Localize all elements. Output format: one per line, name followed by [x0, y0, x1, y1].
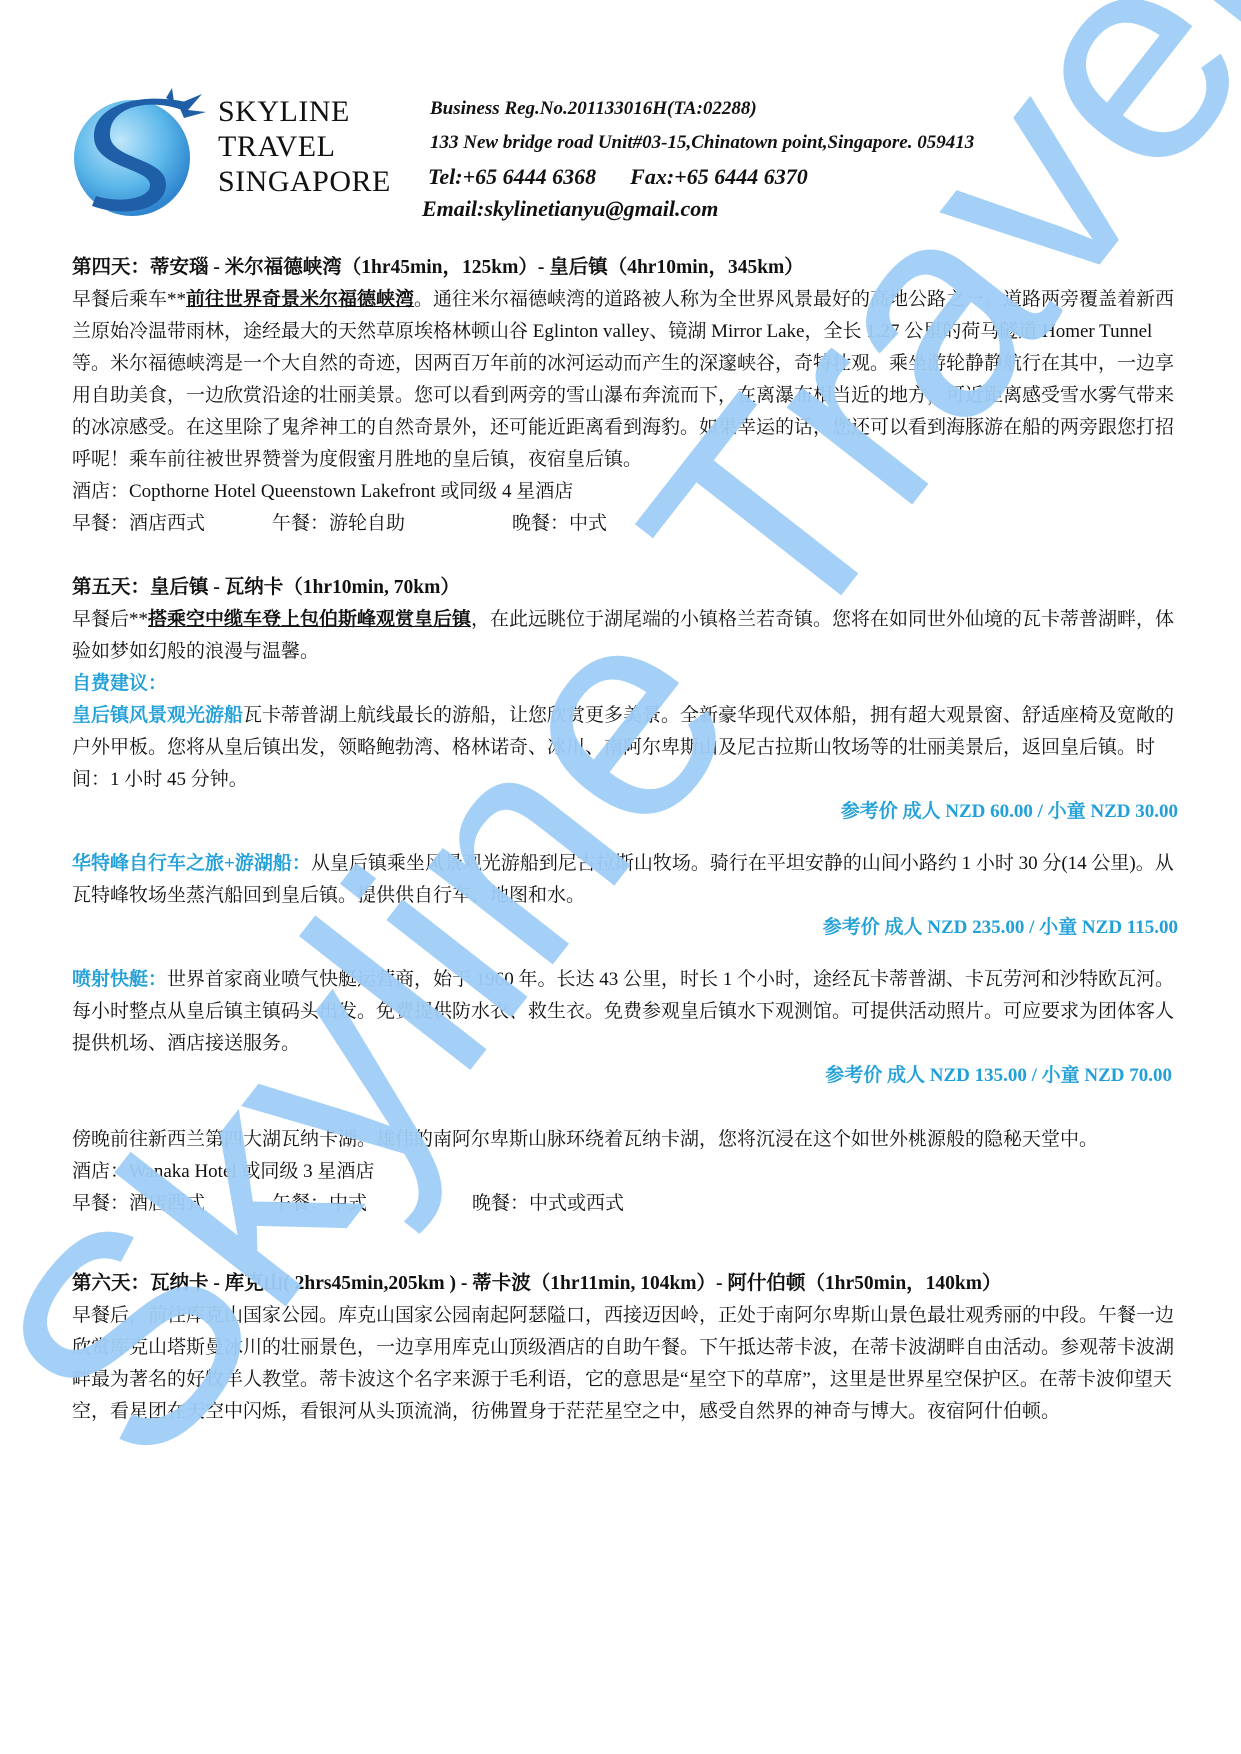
- business-reg: Business Reg.No.201133016H(TA:02288): [430, 98, 757, 120]
- day-5-dinner: 晚餐：中式或西式: [472, 1188, 624, 1220]
- day-5-breakfast: 早餐：酒店西式: [72, 1188, 272, 1220]
- dragon-s-logo-icon: [70, 88, 210, 228]
- letterhead: SKYLINE TRAVEL SINGAPORE Business Reg.No…: [70, 88, 1190, 228]
- day-6-title: 第六天：瓦纳卡 - 库克山( 2hrs45min,205km ) - 蒂卡波（1…: [72, 1268, 1182, 1300]
- email: Email:skylinetianyu@gmail.com: [422, 196, 718, 222]
- company-name-line-1: SKYLINE: [218, 94, 391, 129]
- day-4-highlight: 前往世界奇景米尔福德峡湾: [186, 289, 414, 310]
- day-5-evening: 傍晚前往新西兰第四大湖瓦纳卡湖。雄伟的南阿尔卑斯山脉环绕着瓦纳卡湖，您将沉浸在这…: [72, 1124, 1182, 1156]
- spacer: [72, 944, 1182, 964]
- day-4-meals: 早餐：酒店西式午餐：游轮自助晚餐：中式: [72, 508, 1182, 540]
- day-5-highlight: 搭乘空中缆车登上包伯斯峰观赏皇后镇: [148, 609, 471, 630]
- company-name-line-2: TRAVEL: [218, 129, 391, 164]
- optional-activity-price: 参考价 成人 NZD 60.00 / 小童 NZD 30.00: [72, 796, 1182, 828]
- day-5-lunch: 午餐：中式: [272, 1188, 472, 1220]
- phone-fax: Tel:+65 6444 6368Fax:+65 6444 6370: [428, 164, 808, 190]
- day-4-breakfast: 早餐：酒店西式: [72, 508, 272, 540]
- day-6-description: 早餐后，前往库克山国家公园。库克山国家公园南起阿瑟隘口，西接迈因岭，正处于南阿尔…: [72, 1300, 1182, 1428]
- optional-activity-desc: 世界首家商业喷气快艇运营商，始于 1960 年。长达 43 公里，时长 1 个小…: [72, 969, 1174, 1054]
- day-4-lunch: 午餐：游轮自助: [272, 508, 512, 540]
- spacer: [72, 540, 1182, 572]
- day-4-section: 第四天：蒂安瑙 - 米尔福德峡湾（1hr45min，125km）- 皇后镇（4h…: [72, 252, 1182, 540]
- optional-activity-price: 参考价 成人 NZD 135.00 / 小童 NZD 70.00: [72, 1060, 1182, 1092]
- day-5-description: 早餐后**搭乘空中缆车登上包伯斯峰观赏皇后镇，在此远眺位于湖尾端的小镇格兰若奇镇…: [72, 604, 1182, 668]
- spacer: [72, 1092, 1182, 1124]
- spacer: [72, 828, 1182, 848]
- company-name-line-3: SINGAPORE: [218, 164, 391, 199]
- optional-activity-name: 喷射快艇：: [72, 969, 167, 990]
- day-6-section: 第六天：瓦纳卡 - 库克山( 2hrs45min,205km ) - 蒂卡波（1…: [72, 1268, 1182, 1428]
- tel: Tel:+65 6444 6368: [428, 164, 596, 189]
- day-5-intro-prefix: 早餐后**: [72, 609, 148, 630]
- optional-activity: 喷射快艇：世界首家商业喷气快艇运营商，始于 1960 年。长达 43 公里，时长…: [72, 964, 1182, 1092]
- day-5-section: 第五天：皇后镇 - 瓦纳卡（1hr10min, 70km） 早餐后**搭乘空中缆…: [72, 572, 1182, 1220]
- optional-activities-label: 自费建议：: [72, 668, 1182, 700]
- optional-activity-price: 参考价 成人 NZD 235.00 / 小童 NZD 115.00: [72, 912, 1182, 944]
- day-4-hotel: 酒店：Copthorne Hotel Queenstown Lakefront …: [72, 476, 1182, 508]
- optional-activity: 皇后镇风景观光游船瓦卡蒂普湖上航线最长的游船，让您欣赏更多美景。全新豪华现代双体…: [72, 700, 1182, 828]
- day-4-intro-prefix: 早餐后乘车**: [72, 289, 186, 310]
- day-4-body: 。通往米尔福德峡湾的道路被人称为全世界风景最好的高地公路之一。道路两旁覆盖着新西…: [72, 289, 1174, 470]
- address: 133 New bridge road Unit#03-15,Chinatown…: [430, 132, 974, 154]
- day-5-meals: 早餐：酒店西式午餐：中式晚餐：中式或西式: [72, 1188, 1182, 1220]
- spacer: [72, 1220, 1182, 1268]
- day-4-dinner: 晚餐：中式: [512, 508, 607, 540]
- company-name: SKYLINE TRAVEL SINGAPORE: [218, 94, 391, 199]
- itinerary: 第四天：蒂安瑙 - 米尔福德峡湾（1hr45min，125km）- 皇后镇（4h…: [72, 252, 1182, 1428]
- optional-activity-name: 华特峰自行车之旅+游湖船：: [72, 853, 311, 874]
- day-4-title: 第四天：蒂安瑙 - 米尔福德峡湾（1hr45min，125km）- 皇后镇（4h…: [72, 252, 1182, 284]
- optional-activity-name: 皇后镇风景观光游船: [72, 705, 243, 726]
- optional-activity: 华特峰自行车之旅+游湖船：从皇后镇乘坐风景观光游船到尼古拉斯山牧场。骑行在平坦安…: [72, 848, 1182, 944]
- fax: Fax:+65 6444 6370: [630, 164, 808, 189]
- day-5-hotel: 酒店：Wanaka Hotel 或同级 3 星酒店: [72, 1156, 1182, 1188]
- day-5-title: 第五天：皇后镇 - 瓦纳卡（1hr10min, 70km）: [72, 572, 1182, 604]
- day-4-description: 早餐后乘车**前往世界奇景米尔福德峡湾。通往米尔福德峡湾的道路被人称为全世界风景…: [72, 284, 1182, 476]
